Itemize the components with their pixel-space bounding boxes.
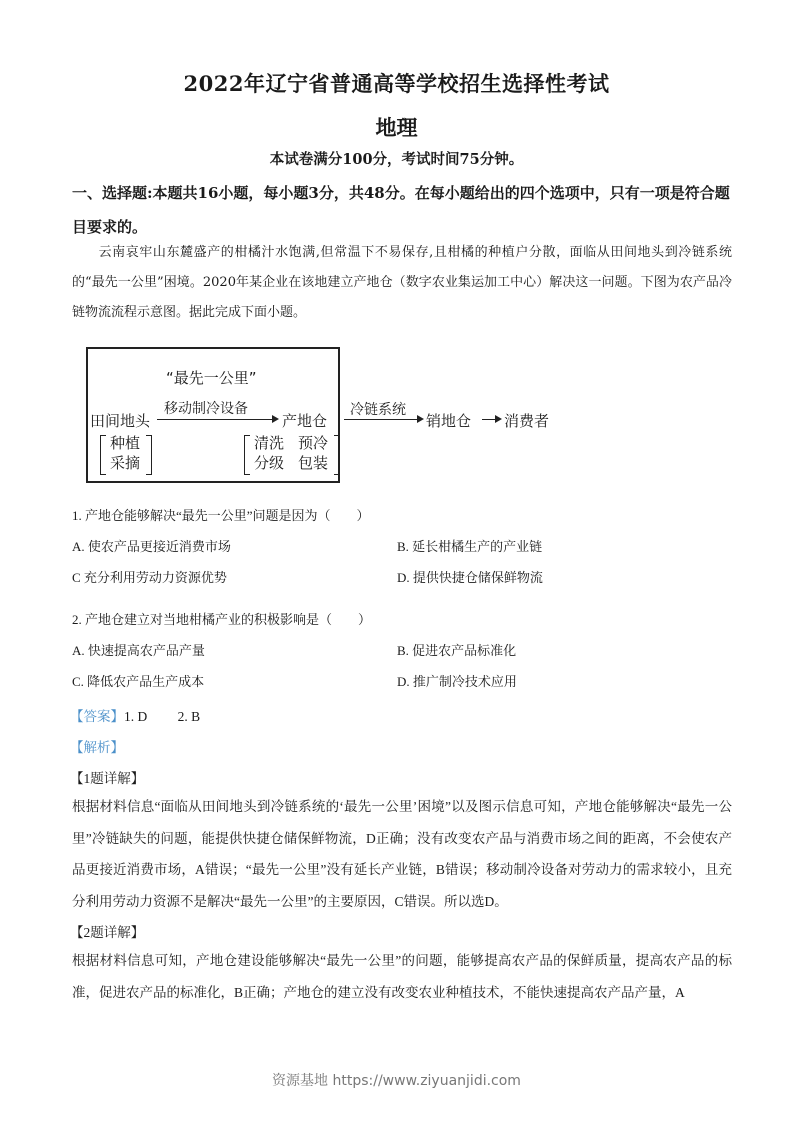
origin-task-grade: 分级 xyxy=(254,453,284,473)
question-2-option-a[interactable]: A. 快速提高农产品产量 xyxy=(72,640,205,659)
question-2-option-d[interactable]: D. 推广制冷技术应用 xyxy=(397,671,517,690)
question-2-stem: 2. 产地仓建立对当地柑橘产业的积极影响是（ ） xyxy=(72,609,371,628)
cold-chain-flow-diagram: “最先一公里” 田间地头 移动制冷设备 产地仓 种植 采摘 清洗 预冷 分级 包… xyxy=(86,347,556,487)
section-heading: 一、选择题:本题共16小题，每小题3分，共48分。在每小题给出的四个选项中，只有… xyxy=(72,176,732,244)
reading-passage: 云南哀牢山东麓盛产的柑橘汁水饱满,但常温下不易保存,且柑橘的种植户分散，面临从田… xyxy=(72,238,732,328)
exam-info: 本试卷满分100分，考试时间75分钟。 xyxy=(0,148,793,169)
subject-title: 地理 xyxy=(0,112,793,142)
node-sales-warehouse: 销地仓 xyxy=(426,410,471,431)
bracket-right-icon xyxy=(146,435,152,475)
answer-line: 【答案】1. D 2. B xyxy=(70,705,200,725)
question-1-option-c[interactable]: C 充分利用劳动力资源优势 xyxy=(72,567,227,586)
arrow-icon xyxy=(482,419,500,420)
answer-value: 1. D 2. B xyxy=(124,709,200,724)
question-2-option-b[interactable]: B. 促进农产品标准化 xyxy=(397,640,516,659)
q1-detail-heading: 【1题详解】 xyxy=(70,767,144,787)
arrow-icon xyxy=(157,419,277,420)
origin-task-wash: 清洗 xyxy=(254,433,284,453)
question-1-stem: 1. 产地仓能够解决“最先一公里”问题是因为（ ） xyxy=(72,505,370,524)
answer-label: 【答案】 xyxy=(70,709,124,724)
origin-task-pack: 包装 xyxy=(298,453,328,473)
analysis-label: 【解析】 xyxy=(70,736,124,756)
origin-task-precool: 预冷 xyxy=(298,433,328,453)
question-2-option-c[interactable]: C. 降低农产品生产成本 xyxy=(72,671,204,690)
footer-watermark: 资源基地 https://www.ziyuanjidi.com xyxy=(0,1070,793,1090)
bracket-left-icon xyxy=(100,435,106,475)
bracket-left-icon xyxy=(244,435,250,475)
question-1-option-b[interactable]: B. 延长柑橘生产的产业链 xyxy=(397,536,542,555)
question-1-option-a[interactable]: A. 使农产品更接近消费市场 xyxy=(72,536,231,555)
field-task-2: 采摘 xyxy=(110,453,140,473)
passage-text: 云南哀牢山东麓盛产的柑橘汁水饱满,但常温下不易保存,且柑橘的种植户分散，面临从田… xyxy=(72,245,732,320)
field-task-1: 种植 xyxy=(110,433,140,453)
bracket-right-icon xyxy=(334,435,340,475)
node-consumer: 消费者 xyxy=(504,410,549,431)
question-1-option-d[interactable]: D. 提供快捷仓储保鲜物流 xyxy=(397,567,543,586)
q2-detail-heading: 【2题详解】 xyxy=(70,921,144,941)
q1-detail-text: 根据材料信息“面临从田间地头到冷链系统的‘最先一公里’困境”以及图示信息可知，产… xyxy=(72,791,732,917)
edge-cold-chain: 冷链系统 xyxy=(350,399,406,419)
node-origin-warehouse: 产地仓 xyxy=(282,410,327,431)
edge-mobile-refrigeration: 移动制冷设备 xyxy=(164,398,248,418)
q2-detail-text: 根据材料信息可知，产地仓建设能够解决“最先一公里”的问题，能够提高农产品的保鲜质… xyxy=(72,945,732,1008)
first-mile-label: “最先一公里” xyxy=(166,367,257,388)
node-field: 田间地头 xyxy=(90,410,150,431)
arrow-icon xyxy=(344,419,422,420)
exam-title: 2022年辽宁省普通高等学校招生选择性考试 xyxy=(0,68,793,98)
